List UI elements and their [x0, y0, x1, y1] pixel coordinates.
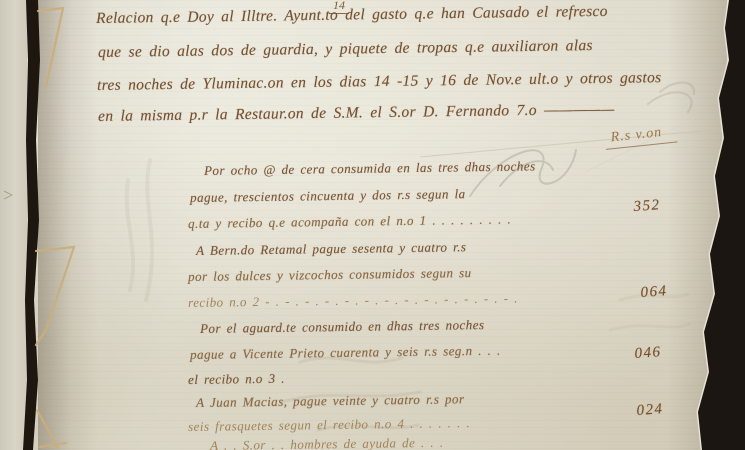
- facing-page-edge: [0, 0, 27, 450]
- amount-value: 046: [634, 344, 662, 363]
- amount-value: 024: [636, 401, 664, 420]
- entry-line: el recibo n.o 3 .: [188, 371, 285, 388]
- gutter-shadow: [38, 0, 98, 450]
- partial-bottom-line: A . . S.or . . hombres de ayuda de . . .: [210, 435, 444, 450]
- facing-page-ink-mark: >: [2, 185, 14, 206]
- page-edge-shading: [667, 0, 727, 450]
- amount-value: 352: [633, 197, 661, 216]
- manuscript-scan: > 14 Relacion q.e Doy al Illtre. Ayunt.t…: [0, 0, 745, 450]
- amount-value: 064: [640, 283, 668, 302]
